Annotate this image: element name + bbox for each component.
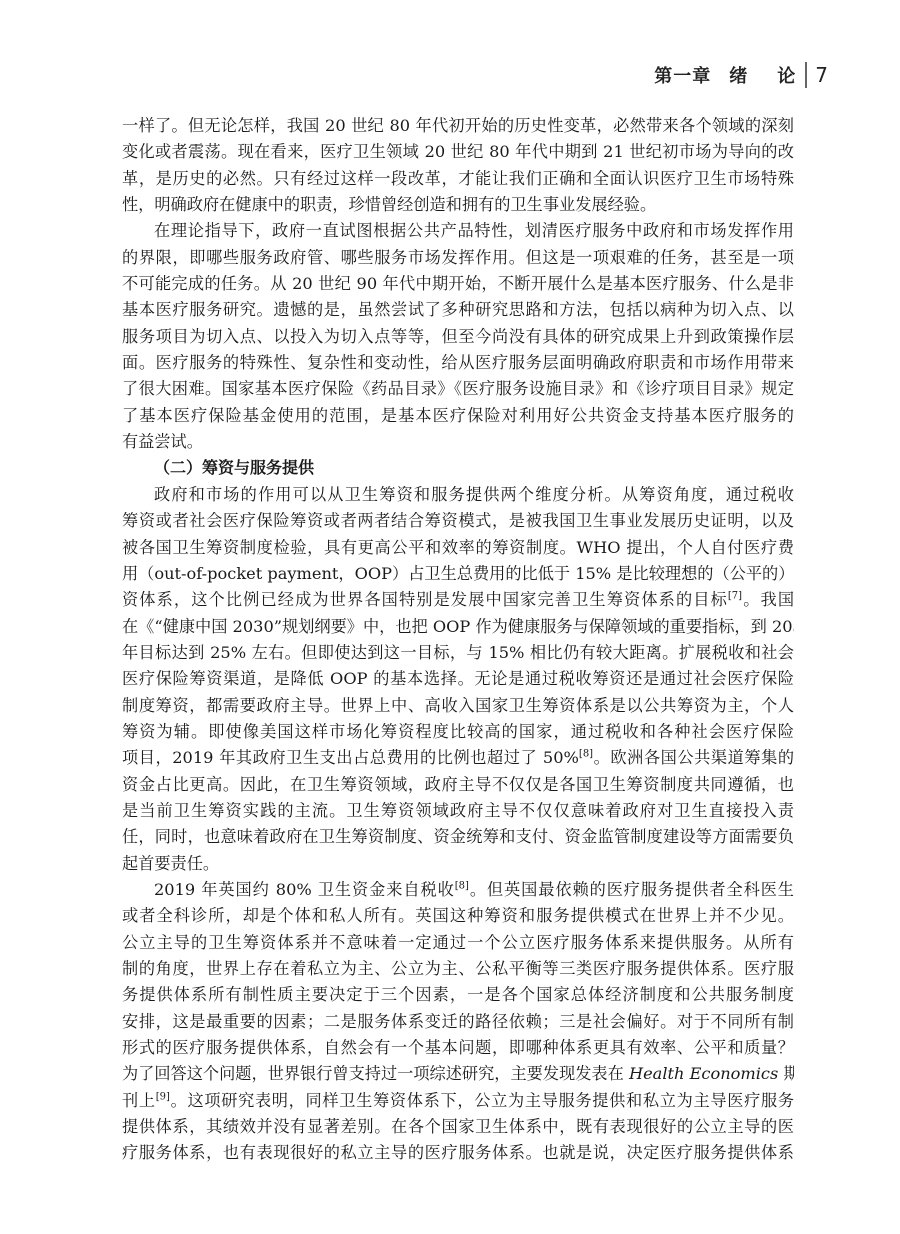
line-text: 刊上: [122, 1091, 156, 1110]
line-text: 公立主导的卫生筹资体系并不意味着一定通过一个公立医疗服务体系来提供服务。从所有: [122, 933, 794, 952]
line-text-cont: 期: [778, 1064, 794, 1083]
text-line: 了基本医疗保险基金使用的范围，是基本医疗保险对利用好公共资金支持基本医疗服务的: [122, 403, 794, 429]
text-line: 服务项目为切入点、以投入为切入点等等，但至今尚没有具体的研究成果上升到政策操作层: [122, 324, 794, 350]
line-text: （二）筹资与服务提供: [154, 458, 314, 477]
line-text-cont: 。但英国最依赖的医疗服务提供者全科医生: [469, 880, 794, 899]
line-text: 医疗保险筹资渠道，是降低 OOP 的基本选择。无论是通过税收筹资还是通过社会医疗…: [122, 669, 794, 688]
journal-title: Health Economics: [629, 1064, 778, 1083]
line-text: 在《“健康中国 2030”规划纲要》中，也把 OOP 作为健康服务与保障领域的重…: [122, 617, 794, 636]
line-text: 资金占比更高。因此，在卫生筹资领域，政府主导不仅仅是各国卫生筹资制度共同遵循，也: [122, 775, 794, 794]
citation-ref: [8]: [579, 749, 593, 760]
text-line: 形式的医疗服务提供体系，自然会有一个基本问题，即哪种体系更具有效率、公平和质量？: [122, 1035, 794, 1061]
text-line: 2019 年英国约 80% 卫生资金来自税收[8]。但英国最依赖的医疗服务提供者…: [122, 877, 794, 903]
citation-ref: [9]: [156, 1091, 170, 1102]
line-text: 制的角度，世界上存在着私立为主、公立为主、公私平衡等三类医疗服务提供体系。医疗服: [122, 959, 794, 978]
text-line: 一样了。但无论怎样，我国 20 世纪 80 年代初开始的历史性变革，必然带来各个…: [122, 113, 794, 139]
text-line: 筹资或者社会医疗保险筹资或者两者结合筹资模式，是被我国卫生事业发展历史证明，以及: [122, 508, 794, 534]
line-text: 性，明确政府在健康中的职责，珍惜曾经创造和拥有的卫生事业发展经验。: [122, 195, 656, 214]
text-line: 资金占比更高。因此，在卫生筹资领域，政府主导不仅仅是各国卫生筹资制度共同遵循，也: [122, 772, 794, 798]
text-line: 是当前卫生筹资实践的主流。卫生筹资领域政府主导不仅仅意味着政府对卫生直接投入责: [122, 798, 794, 824]
line-text: 有益尝试。: [122, 432, 203, 451]
line-text: 了很大困难。国家基本医疗保险《药品目录》《医疗服务设施目录》和《诊疗项目目录》规…: [122, 379, 794, 398]
line-text: 任，同时，也意味着政府在卫生筹资制度、资金统筹和支付、资金监管制度建设等方面需要…: [122, 827, 794, 846]
line-text: 资体系，这个比例已经成为世界各国特别是发展中国家完善卫生筹资体系的目标: [122, 590, 728, 609]
text-line: 项目，2019 年其政府卫生支出占总费用的比例也超过了 50%[8]。欧洲各国公…: [122, 745, 794, 771]
text-line: 医疗保险筹资渠道，是降低 OOP 的基本选择。无论是通过税收筹资还是通过社会医疗…: [122, 666, 794, 692]
text-line: 革，是历史的必然。只有经过这样一段改革，才能让我们正确和全面认识医疗卫生市场特殊: [122, 166, 794, 192]
line-text-cont: 。我国: [742, 590, 794, 609]
line-text: 政府和市场的作用可以从卫生筹资和服务提供两个维度分析。从筹资角度，通过税收: [154, 485, 794, 504]
line-text: 革，是历史的必然。只有经过这样一段改革，才能让我们正确和全面认识医疗卫生市场特殊: [122, 169, 794, 188]
text-line: 在《“健康中国 2030”规划纲要》中，也把 OOP 作为健康服务与保障领域的重…: [122, 614, 794, 640]
line-text: 为了回答这个问题，世界银行曾支持过一项综述研究，主要发现发表在: [122, 1064, 629, 1083]
line-text: 起首要责任。: [122, 854, 219, 873]
line-text: 在理论指导下，政府一直试图根据公共产品特性，划清医疗服务中政府和市场发挥作用: [154, 221, 794, 240]
text-line: 政府和市场的作用可以从卫生筹资和服务提供两个维度分析。从筹资角度，通过税收: [122, 482, 794, 508]
chapter-label: 第一章: [654, 62, 711, 88]
text-line: 不可能完成的任务。从 20 世纪 90 年代中期开始，不断开展什么是基本医疗服务…: [122, 271, 794, 297]
text-line: 制度筹资，都需要政府主导。世界上中、高收入国家卫生筹资体系是以公共筹资为主，个人: [122, 693, 794, 719]
text-line: 年目标达到 25% 左右。但即使达到这一目标，与 15% 相比仍有较大距离。扩展…: [122, 640, 794, 666]
line-text: 或者全科诊所，却是个体和私人所有。英国这种筹资和服务提供模式在世界上并不少见。: [122, 906, 794, 925]
line-text: 制度筹资，都需要政府主导。世界上中、高收入国家卫生筹资体系是以公共筹资为主，个人: [122, 696, 794, 715]
line-text: 被各国卫生筹资制度检验，具有更高公平和效率的筹资制度。WHO 提出，个人自付医疗…: [122, 538, 794, 557]
citation-ref: [8]: [455, 881, 469, 892]
running-header: 第一章 绪论 7: [654, 60, 828, 90]
text-line: 刊上[9]。这项研究表明，同样卫生筹资体系下，公立为主导服务提供和私立为主导医疗…: [122, 1088, 794, 1114]
text-line: 任，同时，也意味着政府在卫生筹资制度、资金统筹和支付、资金监管制度建设等方面需要…: [122, 824, 794, 850]
line-text: 筹资为辅。即使像美国这样市场化筹资程度比较高的国家，通过税收和各种社会医疗保险: [122, 722, 794, 741]
line-text: 提供体系，其绩效并没有显著差别。在各个国家卫生体系中，既有表现很好的公立主导的医: [122, 1117, 794, 1136]
citation-ref: [7]: [728, 591, 742, 602]
line-text: 服务项目为切入点、以投入为切入点等等，但至今尚没有具体的研究成果上升到政策操作层: [122, 327, 794, 346]
line-text: 不可能完成的任务。从 20 世纪 90 年代中期开始，不断开展什么是基本医疗服务…: [122, 274, 794, 293]
header-divider: [805, 62, 807, 88]
text-line: 基本医疗服务研究。遗憾的是，虽然尝试了多种研究思路和方法，包括以病种为切入点、以: [122, 297, 794, 323]
line-text: 筹资或者社会医疗保险筹资或者两者结合筹资模式，是被我国卫生事业发展历史证明，以及: [122, 511, 794, 530]
text-line: 制的角度，世界上存在着私立为主、公立为主、公私平衡等三类医疗服务提供体系。医疗服: [122, 956, 794, 982]
text-line: 了很大困难。国家基本医疗保险《药品目录》《医疗服务设施目录》和《诊疗项目目录》规…: [122, 376, 794, 402]
text-line: 或者全科诊所，却是个体和私人所有。英国这种筹资和服务提供模式在世界上并不少见。: [122, 903, 794, 929]
body-text: 一样了。但无论怎样，我国 20 世纪 80 年代初开始的历史性变革，必然带来各个…: [122, 113, 794, 1167]
line-text: 安排，这是最重要的因素；二是服务体系变迁的路径依赖；三是社会偏好。对于不同所有制: [122, 1012, 794, 1031]
line-text: 是当前卫生筹资实践的主流。卫生筹资领域政府主导不仅仅意味着政府对卫生直接投入责: [122, 801, 794, 820]
text-line: 在理论指导下，政府一直试图根据公共产品特性，划清医疗服务中政府和市场发挥作用: [122, 218, 794, 244]
text-line: 面。医疗服务的特殊性、复杂性和变动性，给从医疗服务层面明确政府职责和市场作用带来: [122, 350, 794, 376]
line-text: 形式的医疗服务提供体系，自然会有一个基本问题，即哪种体系更具有效率、公平和质量？: [122, 1038, 794, 1057]
text-line: 为了回答这个问题，世界银行曾支持过一项综述研究，主要发现发表在 Health E…: [122, 1061, 794, 1087]
text-line: 性，明确政府在健康中的职责，珍惜曾经创造和拥有的卫生事业发展经验。: [122, 192, 794, 218]
line-text: 变化或者震荡。现在看来，医疗卫生领域 20 世纪 80 年代中期到 21 世纪初…: [122, 142, 794, 161]
line-text: 一样了。但无论怎样，我国 20 世纪 80 年代初开始的历史性变革，必然带来各个…: [122, 116, 794, 135]
text-line: 疗服务体系，也有表现很好的私立主导的医疗服务体系。也就是说，决定医疗服务提供体系: [122, 1140, 794, 1166]
text-line: 被各国卫生筹资制度检验，具有更高公平和效率的筹资制度。WHO 提出，个人自付医疗…: [122, 535, 794, 561]
text-line: 的界限，即哪些服务政府管、哪些服务市场发挥作用。但这是一项艰难的任务，甚至是一项: [122, 245, 794, 271]
text-line: 有益尝试。: [122, 429, 794, 455]
text-line: 起首要责任。: [122, 851, 794, 877]
line-text-cont: 。欧洲各国公共渠道筹集的: [593, 748, 794, 767]
text-line: 公立主导的卫生筹资体系并不意味着一定通过一个公立医疗服务体系来提供服务。从所有: [122, 930, 794, 956]
line-text: 疗服务体系，也有表现很好的私立主导的医疗服务体系。也就是说，决定医疗服务提供体系: [122, 1143, 794, 1162]
line-text: 面。医疗服务的特殊性、复杂性和变动性，给从医疗服务层面明确政府职责和市场作用带来: [122, 353, 794, 372]
line-text: 用（out-of-pocket payment，OOP）占卫生总费用的比低于 1…: [122, 564, 794, 583]
text-line: 务提供体系所有制性质主要决定于三个因素，一是各个国家总体经济制度和公共服务制度: [122, 982, 794, 1008]
line-text-cont: 。这项研究表明，同样卫生筹资体系下，公立为主导服务提供和私立为主导医疗服务: [170, 1091, 794, 1110]
line-text: 2019 年英国约 80% 卫生资金来自税收: [154, 880, 455, 899]
line-text: 务提供体系所有制性质主要决定于三个因素，一是各个国家总体经济制度和公共服务制度: [122, 985, 794, 1004]
line-text: 的界限，即哪些服务政府管、哪些服务市场发挥作用。但这是一项艰难的任务，甚至是一项: [122, 248, 794, 267]
text-line: 安排，这是最重要的因素；二是服务体系变迁的路径依赖；三是社会偏好。对于不同所有制: [122, 1009, 794, 1035]
text-line: 提供体系，其绩效并没有显著差别。在各个国家卫生体系中，既有表现很好的公立主导的医: [122, 1114, 794, 1140]
page-number: 7: [815, 63, 828, 87]
line-text: 项目，2019 年其政府卫生支出占总费用的比例也超过了 50%: [122, 748, 579, 767]
text-line: 资体系，这个比例已经成为世界各国特别是发展中国家完善卫生筹资体系的目标[7]。我…: [122, 587, 794, 613]
text-line: 变化或者震荡。现在看来，医疗卫生领域 20 世纪 80 年代中期到 21 世纪初…: [122, 139, 794, 165]
line-text: 年目标达到 25% 左右。但即使达到这一目标，与 15% 相比仍有较大距离。扩展…: [122, 643, 794, 662]
chapter-title: 绪论: [729, 62, 825, 88]
text-line: 筹资为辅。即使像美国这样市场化筹资程度比较高的国家，通过税收和各种社会医疗保险: [122, 719, 794, 745]
line-text: 基本医疗服务研究。遗憾的是，虽然尝试了多种研究思路和方法，包括以病种为切入点、以: [122, 300, 794, 319]
line-text: 了基本医疗保险基金使用的范围，是基本医疗保险对利用好公共资金支持基本医疗服务的: [122, 406, 794, 425]
text-line: 用（out-of-pocket payment，OOP）占卫生总费用的比低于 1…: [122, 561, 794, 587]
section-heading: （二）筹资与服务提供: [122, 455, 794, 481]
